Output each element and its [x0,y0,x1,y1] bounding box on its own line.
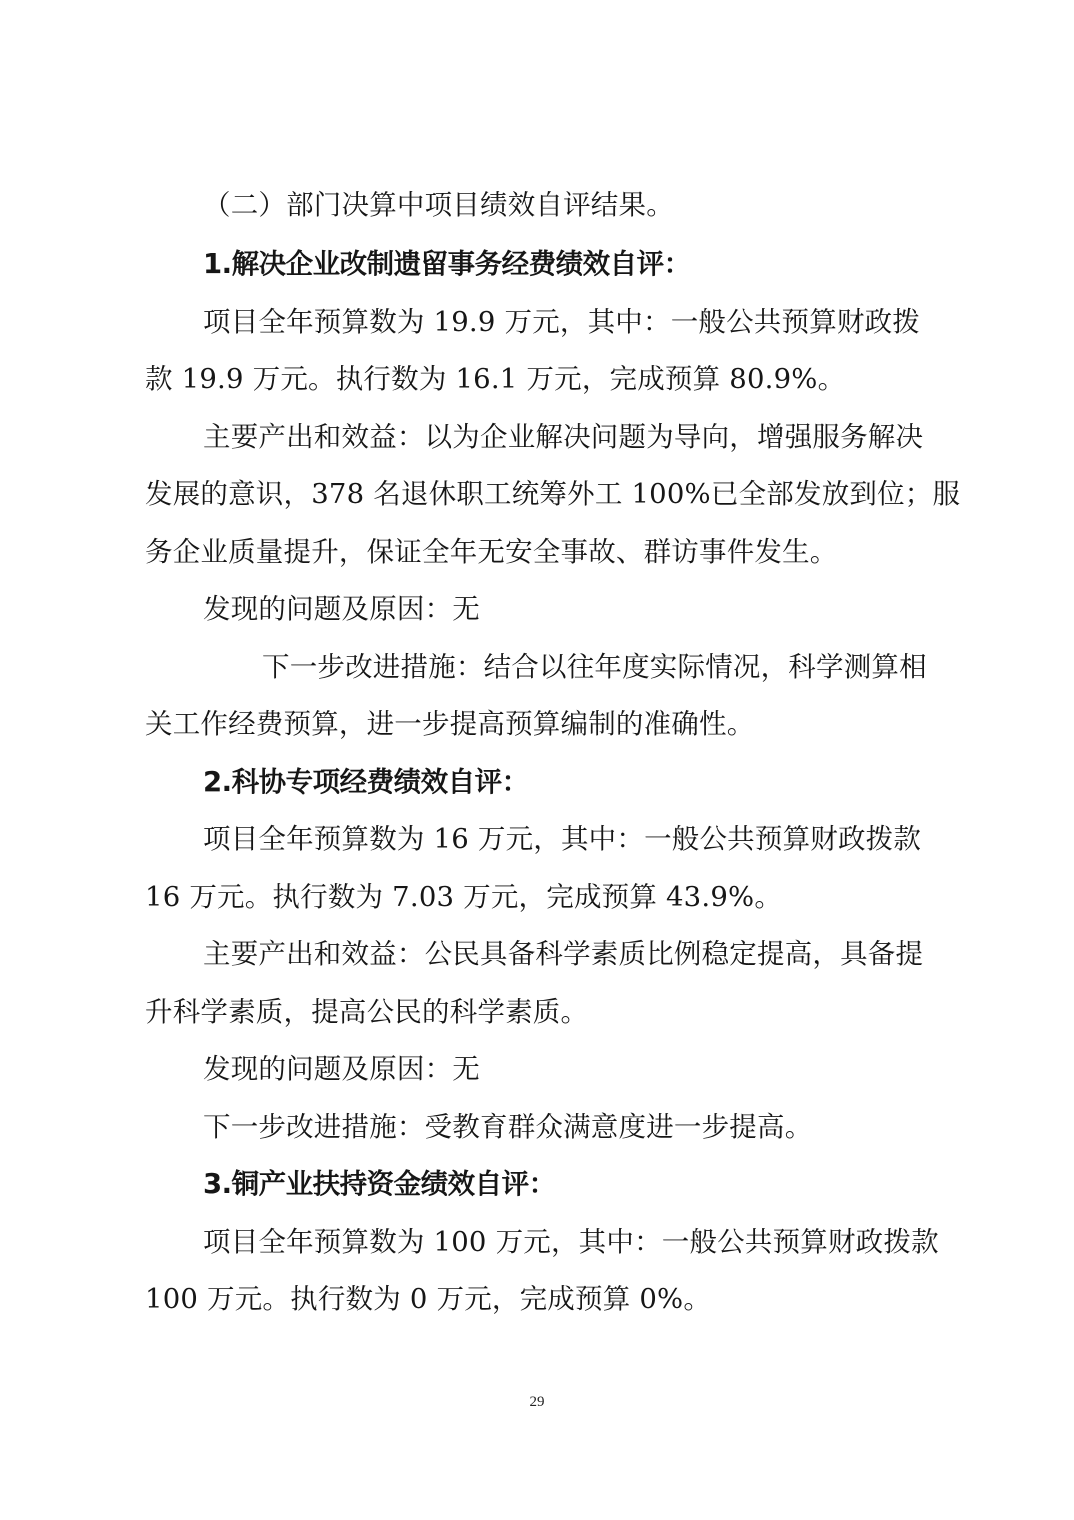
item-1-budget-line-2: 款 19.9 万元。执行数为 16.1 万元，完成预算 80.9%。 [145,363,945,395]
item-1-next-steps-line-1: 下一步改进措施：结合以往年度实际情况，科学测算相 [262,651,1062,683]
item-2-budget-line-2: 16 万元。执行数为 7.03 万元，完成预算 43.9%。 [145,881,945,913]
item-3-budget-line-2: 100 万元。执行数为 0 万元，完成预算 0%。 [145,1283,945,1315]
item-2-budget-line-1: 项目全年预算数为 16 万元，其中：一般公共预算财政拨款 [203,823,1003,855]
item-1-title: 1.解决企业改制遗留事务经费绩效自评： [203,248,1003,280]
document-page: （二）部门决算中项目绩效自评结果。 1.解决企业改制遗留事务经费绩效自评： 项目… [0,0,1074,1520]
item-1-budget-line-1: 项目全年预算数为 19.9 万元，其中：一般公共预算财政拨 [203,306,1003,338]
item-1-output-line-2: 发展的意识，378 名退休职工统筹外工 100%已全部发放到位；服 [145,478,945,510]
item-3-budget-line-1: 项目全年预算数为 100 万元，其中：一般公共预算财政拨款 [203,1226,1003,1258]
item-1-next-steps-line-2: 关工作经费预算，进一步提高预算编制的准确性。 [145,708,945,740]
item-2-next-steps-line-1: 下一步改进措施：受教育群众满意度进一步提高。 [203,1111,1003,1143]
item-1-output-line-3: 务企业质量提升，保证全年无安全事故、群访事件发生。 [145,536,945,568]
item-3-title: 3.铜产业扶持资金绩效自评： [203,1168,1003,1200]
item-2-title: 2.科协专项经费绩效自评： [203,766,1003,798]
item-1-output-line-1: 主要产出和效益：以为企业解决问题为导向，增强服务解决 [203,421,1003,453]
item-2-output-line-2: 升科学素质，提高公民的科学素质。 [145,996,945,1028]
page-number: 29 [0,1394,1074,1411]
item-2-problems: 发现的问题及原因：无 [203,1053,1003,1085]
item-2-output-line-1: 主要产出和效益：公民具备科学素质比例稳定提高，具备提 [203,938,1003,970]
item-1-problems: 发现的问题及原因：无 [203,593,1003,625]
section-heading: （二）部门决算中项目绩效自评结果。 [203,189,1003,221]
